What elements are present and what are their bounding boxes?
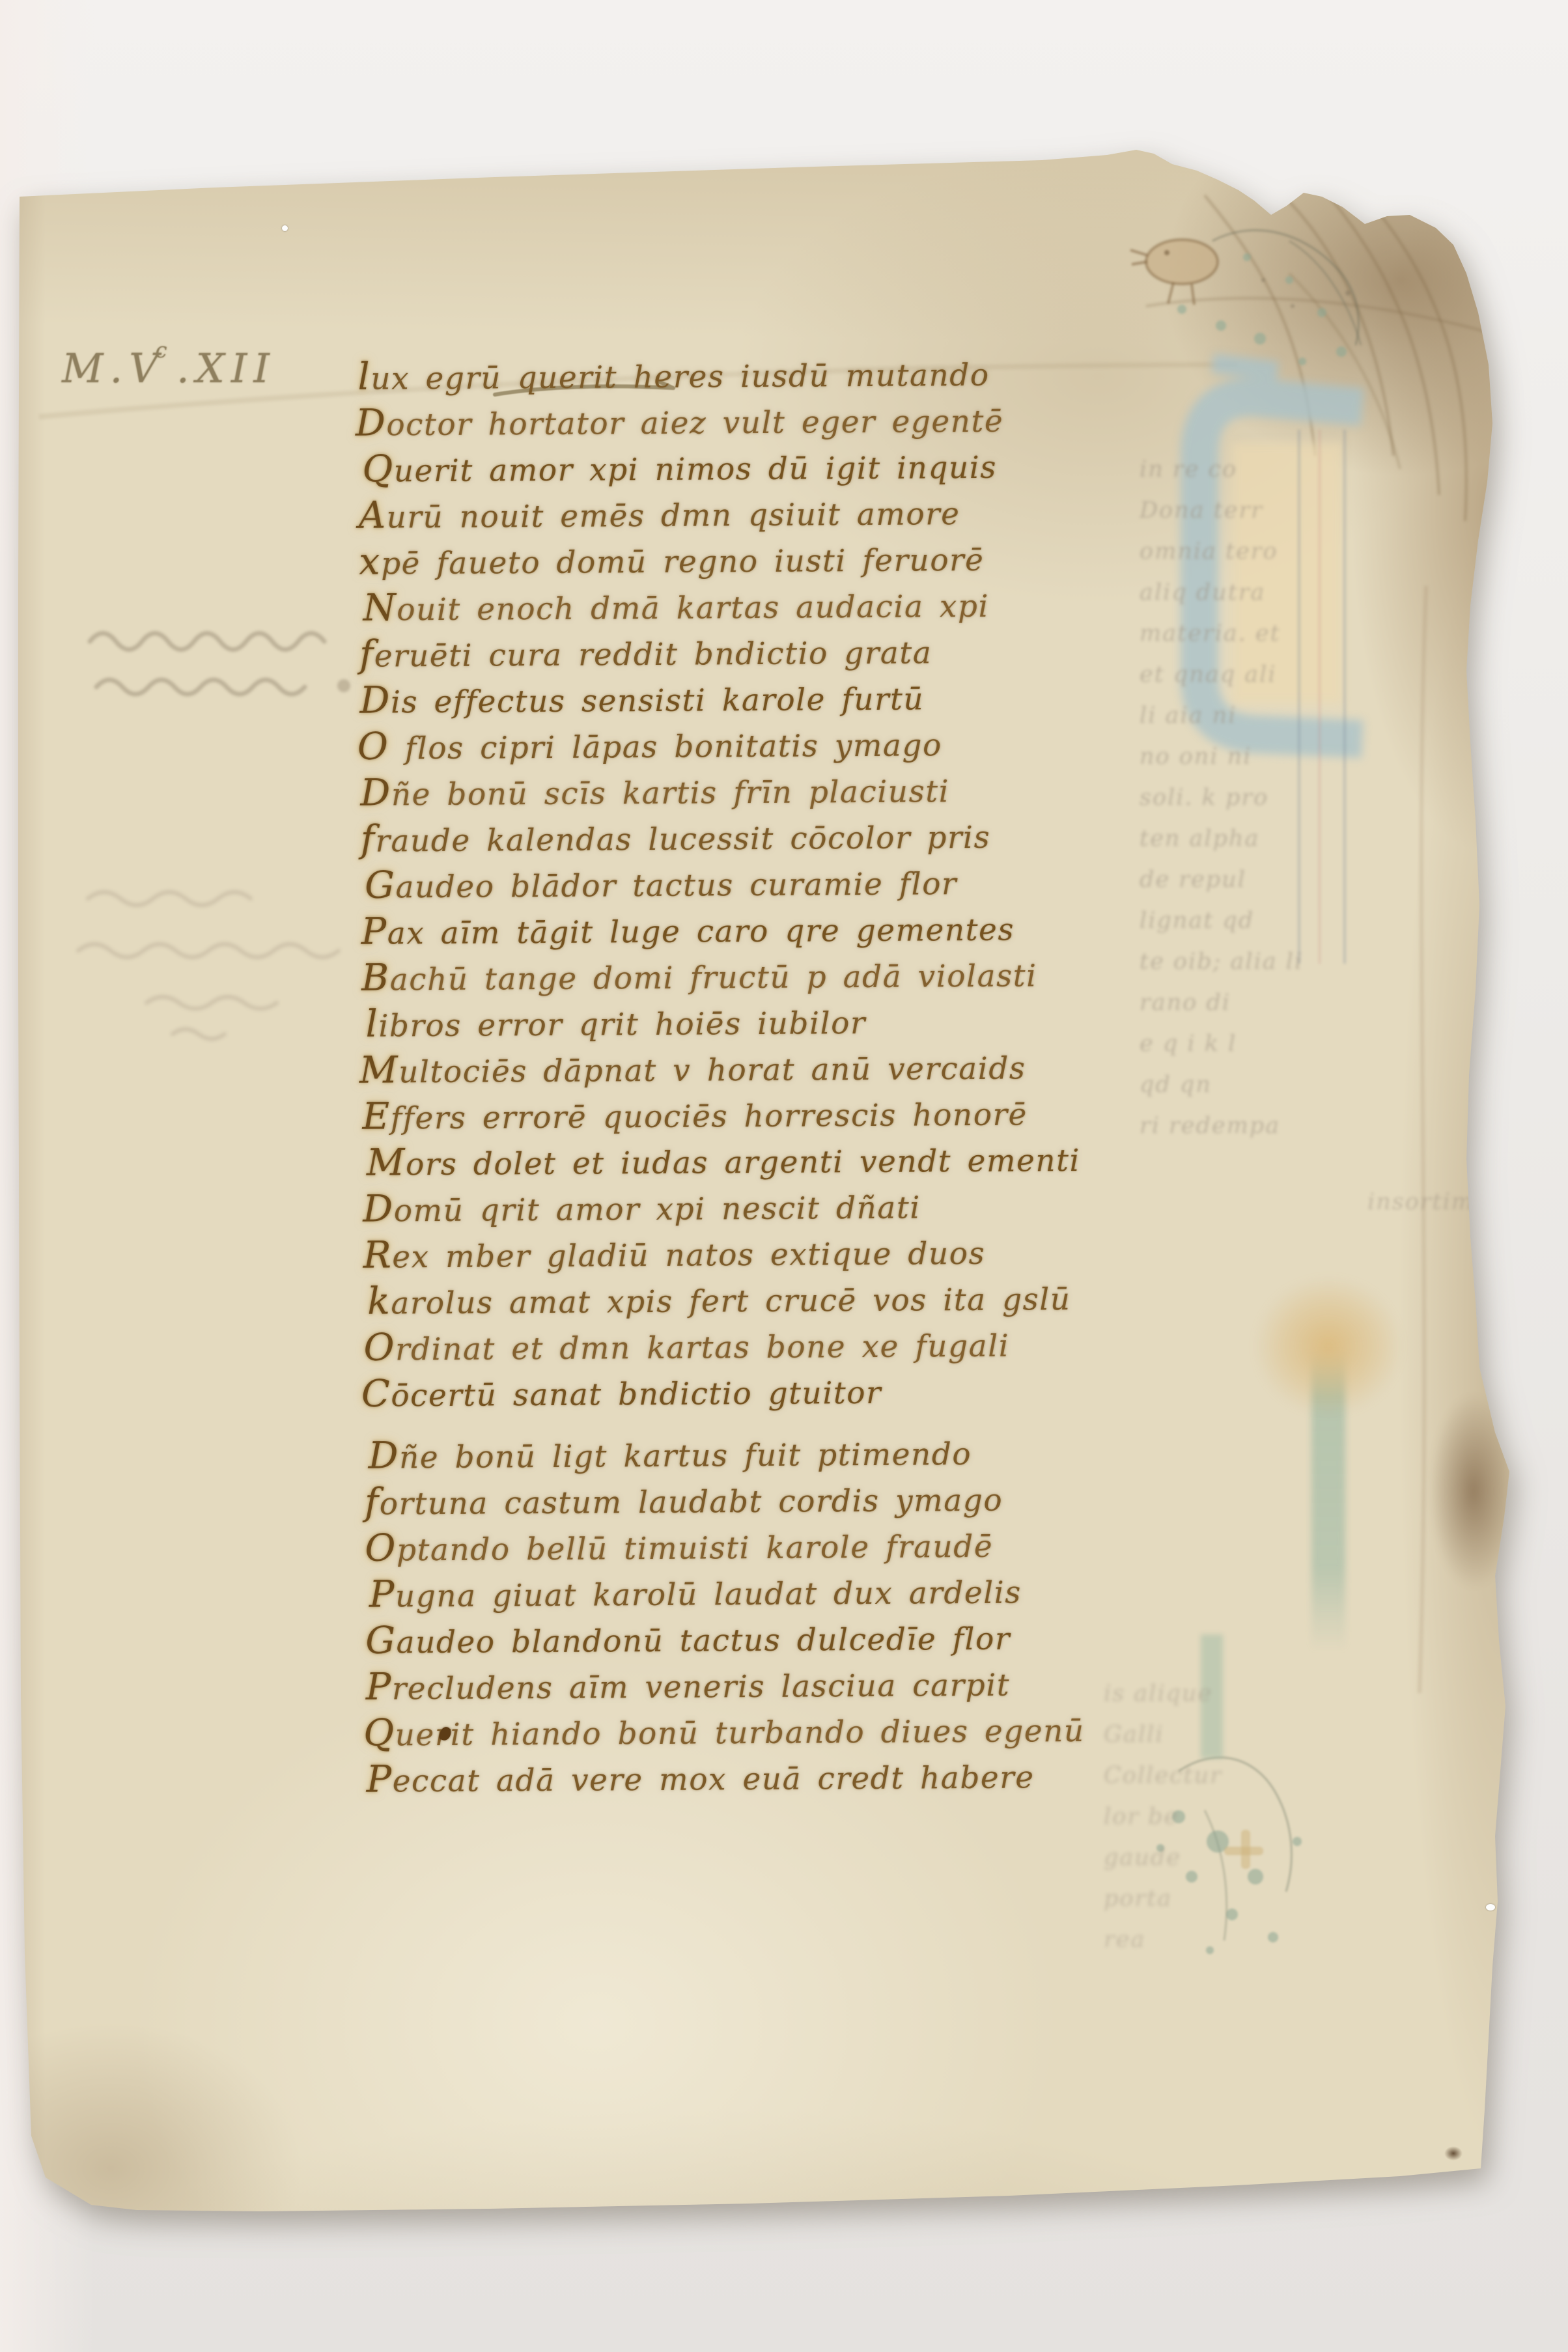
edge-tear-notch <box>1492 2011 1500 2017</box>
manuscript-leaf: in re coDona terromnia teroaliq dutramat… <box>0 0 1568 2352</box>
edge-stain <box>1429 1393 1517 1589</box>
manuscript-text-line: O flos cipri lāpas bonitatis ymago <box>357 718 1376 771</box>
date-superscript: c <box>155 338 167 363</box>
manuscript-text-line: xpē faueto domū regno iusti feruorē <box>359 533 1375 586</box>
manuscript-text-line: Dñe bonū scīs kartis frīn placiusti <box>360 764 1376 817</box>
manuscript-text-line: Ordinat et dmn kartas bone xe fugali <box>363 1319 1379 1372</box>
date-part: M.V <box>62 344 165 392</box>
manuscript-text-line: Cōcertū sanat bndictio gtuitor <box>361 1365 1380 1418</box>
showthrough-text-fragment: insortim <box>1367 1182 1563 1223</box>
showthrough-text-line: rea <box>1104 1920 1377 1961</box>
manuscript-text-line: Querit hiando bonū turbando diues egenū <box>363 1705 1382 1757</box>
manuscript-text-line: fraude kalendas lucessit cōcolor pris <box>361 811 1377 863</box>
manuscript-text-line: Dis effectus sensisti karole furtū <box>359 672 1375 725</box>
edge-tear-notch <box>1486 1904 1495 1911</box>
date-part: .XII <box>176 344 276 392</box>
showthrough-text-line: lor be <box>1104 1797 1377 1838</box>
manuscript-text-line: Domū qrit amor xpi nescit dñati <box>363 1181 1379 1233</box>
text-block: lux egrū querit heres iusdū mutandoDocto… <box>357 348 1382 1803</box>
manuscript-text-line: Mors dolet et iudas argenti vendt ementi <box>367 1134 1379 1186</box>
manuscript-text-line: Peccat adā vere mox euā credt habere <box>366 1751 1382 1804</box>
showthrough-text-line: gaude <box>1104 1838 1377 1879</box>
manuscript-text-line: fortuna castum laudabt cordis ymago <box>365 1474 1380 1526</box>
manuscript-text-line: lux egrū querit heres iusdū mutando <box>357 348 1373 401</box>
manuscript-text-line: Gaudeo blādor tactus curamie flor <box>365 857 1377 909</box>
showthrough-text-line: porta <box>1104 1879 1377 1920</box>
leaf-shadow-wrap: in re coDona terromnia teroaliq dutramat… <box>0 0 1568 2352</box>
manuscript-text-line: karolus amat xpis fert crucē vos ita gsl… <box>367 1273 1379 1325</box>
marginal-date: M.Vc.XII <box>62 348 276 389</box>
manuscript-text-line: Optando bellū timuisti karole fraudē <box>365 1520 1380 1573</box>
manuscript-text-line: feruēti cura reddit bndictio grata <box>359 626 1375 679</box>
faded-marginal-note <box>83 602 370 720</box>
edge-speck <box>1444 2146 1463 2161</box>
manuscript-text-line: Doctor hortator aiez vult eger egentē <box>356 395 1374 447</box>
photo-backdrop: in re coDona terromnia teroaliq dutramat… <box>0 0 1568 2352</box>
manuscript-text-line: Pax aīm tāgit luge caro qre gementes <box>361 903 1377 956</box>
manuscript-text-line: Querit amor xpi nimos dū igit inquis <box>362 441 1374 493</box>
pinhole <box>282 225 288 231</box>
manuscript-text-line: Multociēs dāpnat v horat anū vercaids <box>359 1042 1378 1095</box>
manuscript-text-line: Bachū tange domi fructū p adā violasti <box>361 949 1377 1002</box>
manuscript-text-line: Nouit enoch dmā kartas audacia xpi <box>363 580 1375 632</box>
manuscript-text-line: Precludens aīm veneris lasciua carpit <box>366 1659 1382 1711</box>
manuscript-text-line: Effers errorē quociēs horrescis honorē <box>362 1088 1378 1141</box>
manuscript-text-line: Aurū nouit emēs dmn qsiuit amore <box>359 487 1375 540</box>
manuscript-text-line: libros error qrit hoiēs iubilor <box>365 996 1377 1048</box>
showthrough-text-line: insortim <box>1367 1182 1563 1223</box>
manuscript-text-line: Dñe bonū ligt kartus fuit ptimendo <box>368 1427 1380 1479</box>
manuscript-text-line: Gaudeo blandonū tactus dulcedīe flor <box>365 1612 1381 1665</box>
manuscript-text-line: Rex mber gladiū natos extique duos <box>363 1227 1379 1280</box>
manuscript-text-line: Pugna giuat karolū laudat dux ardelis <box>369 1566 1381 1618</box>
